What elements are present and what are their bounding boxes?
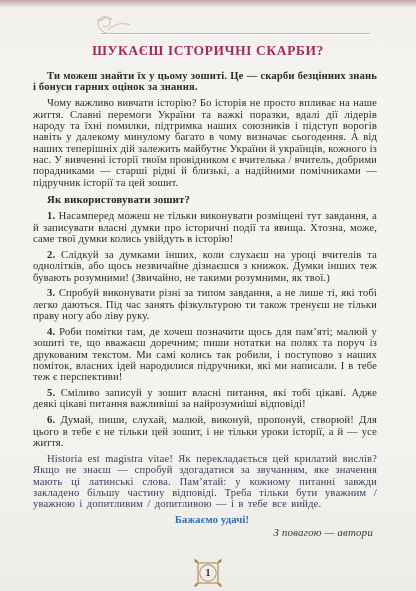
- list-item-1: 1. Насамперед можеш не тільки виконувати…: [33, 211, 377, 245]
- why-history-paragraph: Чому важливо вивчати історію? Бо історія…: [33, 98, 377, 189]
- list-item-5: 5. Сміливо записуй у зошит власні питанн…: [33, 388, 377, 411]
- list-text: Роби помітки там, де хочеш позначити щос…: [33, 327, 377, 383]
- list-text: Сміливо записуй у зошит власні питання, …: [33, 388, 377, 410]
- list-text: Спробуй виконувати різні за типом завдан…: [33, 288, 377, 322]
- list-number: 1.: [47, 211, 55, 222]
- list-number: 4.: [47, 327, 55, 338]
- list-item-4: 4. Роби помітки там, де хочеш позначити …: [33, 327, 377, 384]
- intro-paragraph-bold: Ти можеш знайти їх у цьому зошиті. Це — …: [33, 71, 377, 94]
- list-item-3: 3. Спробуй виконувати різні за типом зав…: [33, 288, 377, 322]
- list-number: 2.: [47, 250, 55, 261]
- page-number-ornament: 1: [193, 558, 223, 588]
- section-heading: Як використовувати зошит?: [33, 195, 377, 206]
- list-number: 3.: [47, 288, 55, 299]
- page-number: 1: [193, 558, 223, 588]
- list-text: Насамперед можеш не тільки виконувати ро…: [33, 211, 377, 245]
- photo-edge-strip: [0, 0, 416, 7]
- good-luck-wish: Бажаємо удачі!: [33, 515, 377, 526]
- list-text: Слідкуй за думками інших, коли слухаєш н…: [33, 250, 377, 284]
- page-title: ШУКАЄШ ІСТОРИЧНІ СКАРБИ?: [0, 43, 416, 59]
- header-rule-line: [101, 33, 370, 34]
- book-page: ШУКАЄШ ІСТОРИЧНІ СКАРБИ? Ти можеш знайти…: [0, 7, 416, 591]
- list-item-6: 6. Думай, пиши, слухай, малюй, виконуй, …: [33, 415, 377, 449]
- latin-motto-paragraph: Historia est magistra vitae! Як переклад…: [33, 454, 377, 511]
- list-item-2: 2. Слідкуй за думками інших, коли слухає…: [33, 250, 377, 284]
- list-text: Думай, пиши, слухай, малюй, виконуй, про…: [33, 415, 377, 449]
- list-number: 5.: [47, 388, 55, 399]
- page-content: Ти можеш знайти їх у цьому зошиті. Це — …: [33, 71, 377, 540]
- authors-signature: З повагою — автори: [33, 528, 373, 539]
- list-number: 6.: [47, 415, 55, 426]
